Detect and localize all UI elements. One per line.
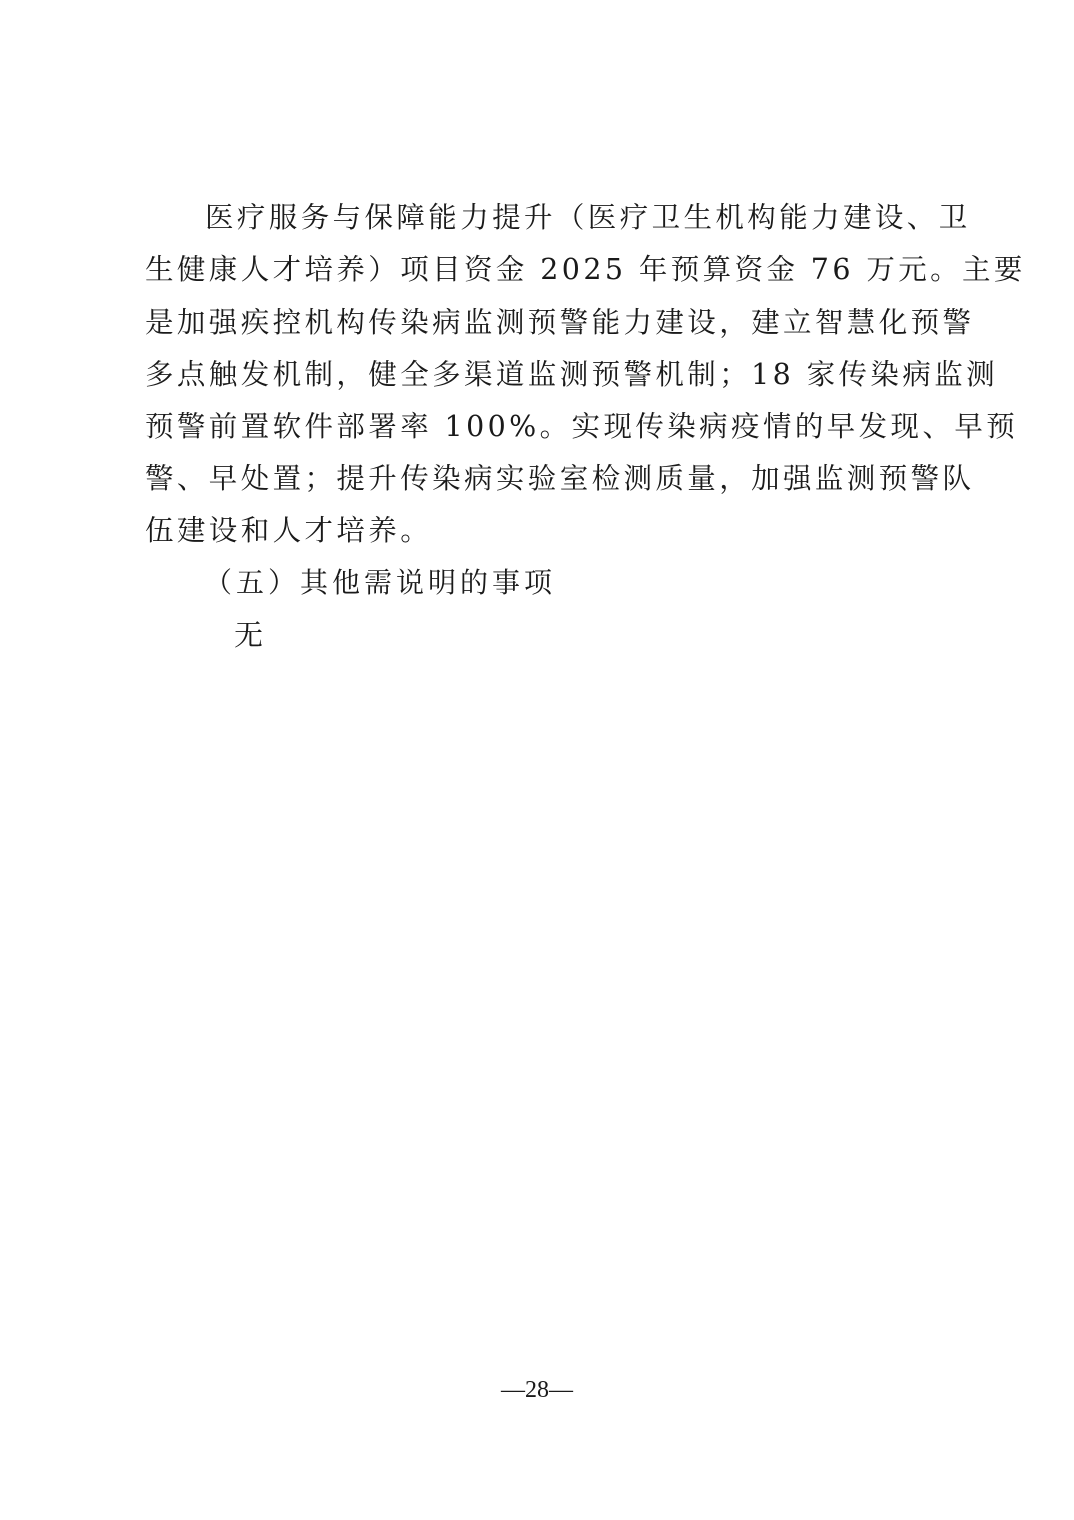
paragraph-line-2: 生健康人才培养）项目资金 2025 年预算资金 76 万元。主要 <box>145 252 940 288</box>
section-body: 无 <box>234 617 263 653</box>
paragraph-line-7: 伍建设和人才培养。 <box>145 513 940 549</box>
paragraph-line-3: 是加强疾控机构传染病监测预警能力建设，建立智慧化预警 <box>145 305 940 341</box>
page-number: —28— <box>0 1375 1074 1405</box>
section-heading: （五）其他需说明的事项 <box>204 565 556 601</box>
paragraph-line-4: 多点触发机制，健全多渠道监测预警机制；18 家传染病监测 <box>145 357 940 393</box>
document-page: 医疗服务与保障能力提升（医疗卫生机构能力建设、卫 生健康人才培养）项目资金 20… <box>0 0 1074 1520</box>
paragraph-line-6: 警、早处置；提升传染病实验室检测质量，加强监测预警队 <box>145 461 940 497</box>
paragraph-line-1: 医疗服务与保障能力提升（医疗卫生机构能力建设、卫 <box>145 200 940 236</box>
paragraph-line-5: 预警前置软件部署率 100%。实现传染病疫情的早发现、早预 <box>145 409 940 445</box>
